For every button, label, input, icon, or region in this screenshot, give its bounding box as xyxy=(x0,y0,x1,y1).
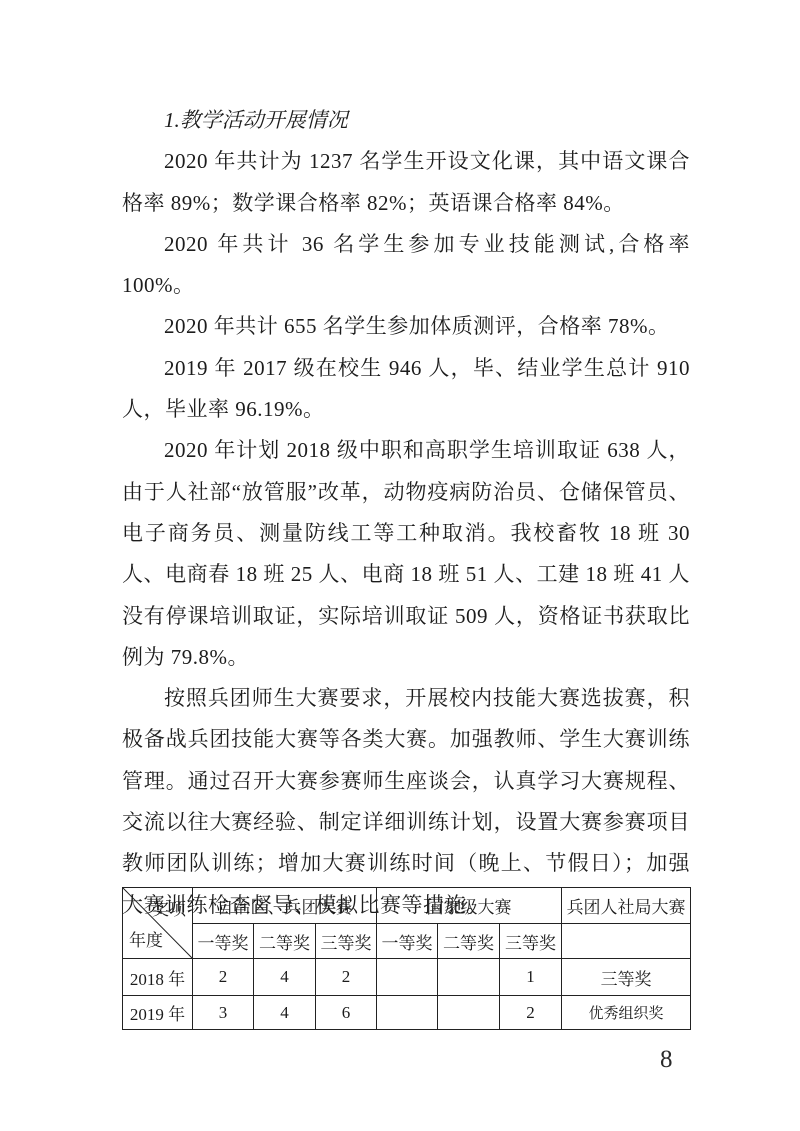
table-row-2019: 2019 年 3 4 6 2 优秀组织奖 xyxy=(123,996,691,1030)
group-header-bingtuan-hr: 兵团人社局大赛 xyxy=(562,888,691,924)
paragraph-culture-courses: 2020 年共计为 1237 名学生开设文化课，其中语文课合格率 89%；数学课… xyxy=(122,141,690,224)
paragraph-fitness-test: 2020 年共计 655 名学生参加体质测评，合格率 78%。 xyxy=(122,306,690,347)
sub-header-third-prize: 三等奖 xyxy=(316,924,377,959)
group-header-national: 国家级大赛 xyxy=(377,888,562,924)
value-cell: 4 xyxy=(254,996,316,1030)
corner-label-year: 年度 xyxy=(129,926,163,951)
value-cell: 2 xyxy=(316,959,377,996)
value-cell: 2 xyxy=(500,996,562,1030)
value-cell xyxy=(438,959,500,996)
awards-table: 奖项 年度 自治区、兵团大赛 国家级大赛 兵团人社局大赛 一等奖 二等奖 三等奖… xyxy=(122,887,691,1030)
section-heading: 1.教学活动开展情况 xyxy=(122,100,690,141)
table-row-2018: 2018 年 2 4 2 1 三等奖 xyxy=(123,959,691,996)
text-content: 1.教学活动开展情况 2020 年共计为 1237 名学生开设文化课，其中语文课… xyxy=(122,100,690,926)
corner-label-award: 奖项 xyxy=(152,895,186,920)
sub-header-third-prize: 三等奖 xyxy=(500,924,562,959)
year-cell: 2018 年 xyxy=(123,959,193,996)
paragraph-skill-test: 2020 年共计 36 名学生参加专业技能测试,合格率 100%。 xyxy=(122,224,690,307)
table-corner-cell: 奖项 年度 xyxy=(123,888,193,959)
award-cell: 三等奖 xyxy=(562,959,691,996)
table-header-row-groups: 奖项 年度 自治区、兵团大赛 国家级大赛 兵团人社局大赛 xyxy=(123,888,691,924)
sub-header-second-prize: 二等奖 xyxy=(438,924,500,959)
value-cell xyxy=(438,996,500,1030)
value-cell: 2 xyxy=(193,959,254,996)
table-header-row-prizes: 一等奖 二等奖 三等奖 一等奖 二等奖 三等奖 xyxy=(123,924,691,959)
year-cell: 2019 年 xyxy=(123,996,193,1030)
sub-header-empty xyxy=(562,924,691,959)
paragraph-certification: 2020 年计划 2018 级中职和高职学生培训取证 638 人，由于人社部“放… xyxy=(122,430,690,678)
sub-header-second-prize: 二等奖 xyxy=(254,924,316,959)
value-cell xyxy=(377,959,438,996)
value-cell xyxy=(377,996,438,1030)
sub-header-first-prize: 一等奖 xyxy=(377,924,438,959)
value-cell: 3 xyxy=(193,996,254,1030)
paragraph-graduation: 2019 年 2017 级在校生 946 人，毕、结业学生总计 910 人，毕业… xyxy=(122,348,690,431)
value-cell: 1 xyxy=(500,959,562,996)
value-cell: 4 xyxy=(254,959,316,996)
page-number: 8 xyxy=(660,1046,673,1074)
award-cell: 优秀组织奖 xyxy=(562,996,691,1030)
value-cell: 6 xyxy=(316,996,377,1030)
document-page: 1.教学活动开展情况 2020 年共计为 1237 名学生开设文化课，其中语文课… xyxy=(0,0,800,1131)
sub-header-first-prize: 一等奖 xyxy=(193,924,254,959)
group-header-autonomous-region: 自治区、兵团大赛 xyxy=(193,888,377,924)
